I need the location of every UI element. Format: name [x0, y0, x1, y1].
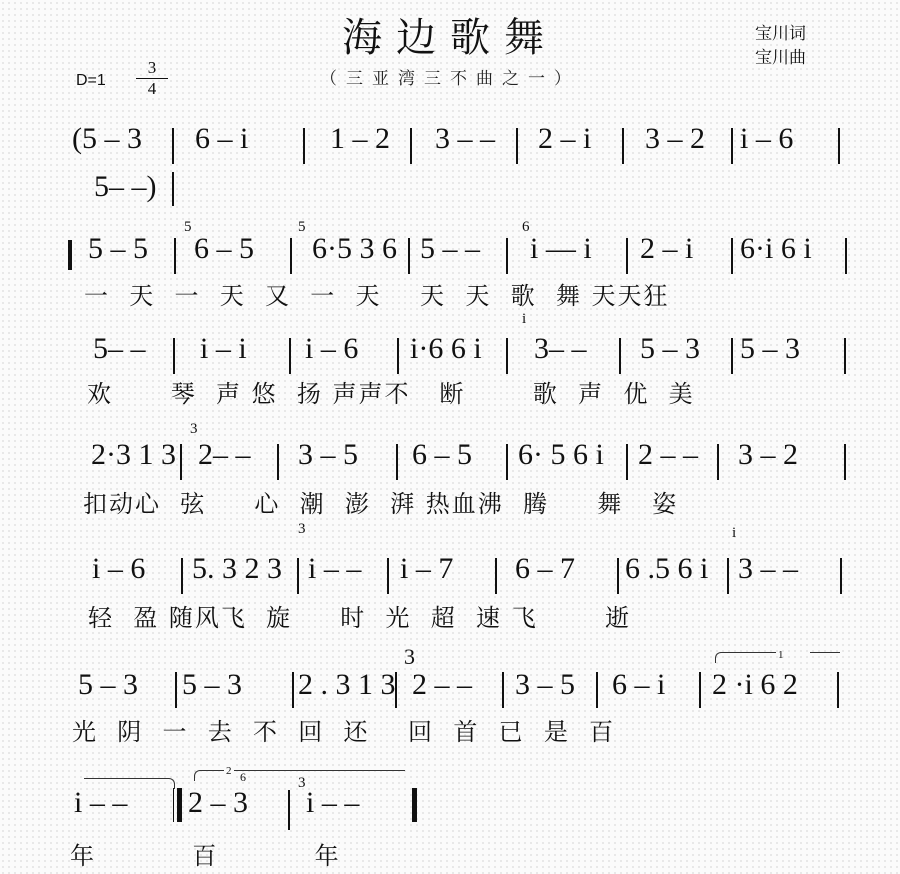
measure: 2 – –	[412, 668, 472, 702]
barline	[174, 238, 176, 274]
repeat-end-bar	[177, 788, 182, 822]
measure: 5 – –	[420, 232, 480, 266]
barline	[180, 444, 182, 480]
barline	[506, 444, 508, 480]
barline	[387, 558, 389, 594]
barline	[727, 558, 729, 594]
grace-note: i	[522, 312, 526, 326]
barline	[840, 558, 842, 594]
grace-note: 5	[298, 220, 306, 234]
barline	[297, 558, 299, 594]
measure: 3– –	[534, 332, 587, 366]
grace-note: 3	[298, 776, 306, 790]
measure: 6 – 5	[412, 438, 472, 472]
barline	[495, 558, 497, 594]
barline	[172, 128, 174, 164]
barline	[626, 444, 628, 480]
grace-note: 3	[404, 650, 415, 664]
barline	[845, 238, 847, 274]
volta-label-1: 1	[778, 648, 784, 662]
measure: i – –	[308, 552, 361, 586]
barline	[410, 128, 412, 164]
barline	[619, 338, 621, 374]
measure: 5– –)	[94, 170, 157, 204]
repeat-end-thin-bar	[173, 788, 174, 822]
volta-bracket-1	[715, 652, 776, 663]
measure: 3 – 2	[645, 122, 705, 156]
lyrics: 扣动心 弦 心 潮 澎 湃 热血沸 腾 舞 姿	[83, 484, 678, 519]
key-signature: D=1	[76, 72, 106, 90]
measure: 6 – 7	[515, 552, 575, 586]
measure: 6 – i	[195, 122, 248, 156]
barline	[289, 338, 291, 374]
composer: 宝川曲	[755, 46, 806, 70]
barline	[172, 172, 174, 206]
measure: 2– –	[198, 438, 251, 472]
grace-note: 6	[240, 770, 246, 784]
measure: 1 – 2	[330, 122, 390, 156]
barline	[396, 444, 398, 480]
final-bar	[412, 788, 417, 822]
measure: 6·i 6 i	[740, 232, 812, 266]
barline	[181, 558, 183, 594]
barline	[838, 128, 840, 164]
barline	[844, 338, 846, 374]
measure: 3 – –	[738, 552, 798, 586]
barline	[506, 238, 508, 274]
measure: i – –	[74, 786, 127, 820]
measure: 6· 5 6 i	[518, 438, 604, 472]
measure: i — i	[530, 232, 592, 266]
measure: 2 – 3	[188, 786, 248, 820]
barline	[290, 238, 292, 274]
barline	[622, 128, 624, 164]
measure: 3 – 5	[298, 438, 358, 472]
barline	[408, 238, 410, 274]
measure: 5 – 3	[740, 332, 800, 366]
barline	[502, 672, 504, 708]
measure: i – 7	[400, 552, 453, 586]
barline	[506, 338, 508, 374]
measure: 5 – 3	[640, 332, 700, 366]
volta-line	[810, 652, 840, 653]
barline	[596, 672, 598, 708]
barline	[717, 444, 719, 480]
measure: 2 . 3 1 3	[298, 668, 396, 702]
measure: 2 – i	[640, 232, 693, 266]
measure: 5. 3 2 3	[192, 552, 282, 586]
grace-note: 3	[190, 422, 198, 436]
measure: 3 – 2	[738, 438, 798, 472]
measure: i – –	[306, 786, 359, 820]
grace-note: 5	[184, 220, 192, 234]
barline	[626, 238, 628, 274]
measure: 2 – –	[638, 438, 698, 472]
barline	[844, 444, 846, 480]
lyricist: 宝川词	[755, 22, 806, 46]
barline	[395, 672, 397, 708]
lyrics: 一 天 一 天 又 一 天 天 天 歌 舞 天天狂	[84, 276, 669, 311]
measure: i·6 6 i	[410, 332, 482, 366]
repeat-start-bar	[68, 240, 72, 270]
measure: 6 – i	[612, 668, 665, 702]
measure: 3 – –	[435, 122, 495, 156]
lyrics: 光 阴 一 去 不 回 还 回 首 已 是 百	[72, 712, 615, 747]
lyrics: 轻 盈 随风飞 旋 时 光 超 速 飞 逝	[88, 598, 631, 633]
barline	[731, 338, 733, 374]
measure: (5 – 3	[72, 122, 142, 156]
lyrics: 年 百 年	[70, 836, 341, 871]
measure: i – 6	[305, 332, 358, 366]
measure: 3 – 5	[515, 668, 575, 702]
measure: i – 6	[740, 122, 793, 156]
measure: 2·3 1 3	[91, 438, 176, 472]
measure: 6 .5 6 i	[625, 552, 708, 586]
volta-label-2: 2	[224, 764, 234, 778]
measure: i – i	[200, 332, 247, 366]
measure: 6·5 3 6	[312, 232, 397, 266]
barline	[731, 238, 733, 274]
grace-note: 3	[298, 522, 306, 536]
barline	[837, 672, 839, 708]
measure: 5 – 3	[78, 668, 138, 702]
barline	[277, 444, 279, 480]
measure: 5 – 5	[88, 232, 148, 266]
measure: 6 – 5	[194, 232, 254, 266]
barline	[303, 128, 305, 164]
measure: i – 6	[92, 552, 145, 586]
measure: 2 – i	[538, 122, 591, 156]
barline	[288, 790, 290, 830]
credits: 宝川词 宝川曲	[755, 22, 806, 70]
barline	[175, 672, 177, 708]
barline	[292, 672, 294, 708]
barline	[173, 338, 175, 374]
measure: 5 – 3	[182, 668, 242, 702]
barline	[617, 558, 619, 594]
barline	[731, 128, 733, 164]
barline	[397, 338, 399, 374]
time-signature: 3 4	[132, 58, 172, 99]
barline	[516, 128, 518, 164]
lyrics: 欢 琴 声 悠 扬 声声不 断 歌 声 优 美	[87, 374, 695, 409]
grace-note: 6	[522, 220, 530, 234]
grace-note: i	[732, 526, 736, 540]
barline	[699, 672, 701, 708]
measure: 2 ·i 6 2	[712, 668, 798, 702]
measure: 5– –	[93, 332, 146, 366]
